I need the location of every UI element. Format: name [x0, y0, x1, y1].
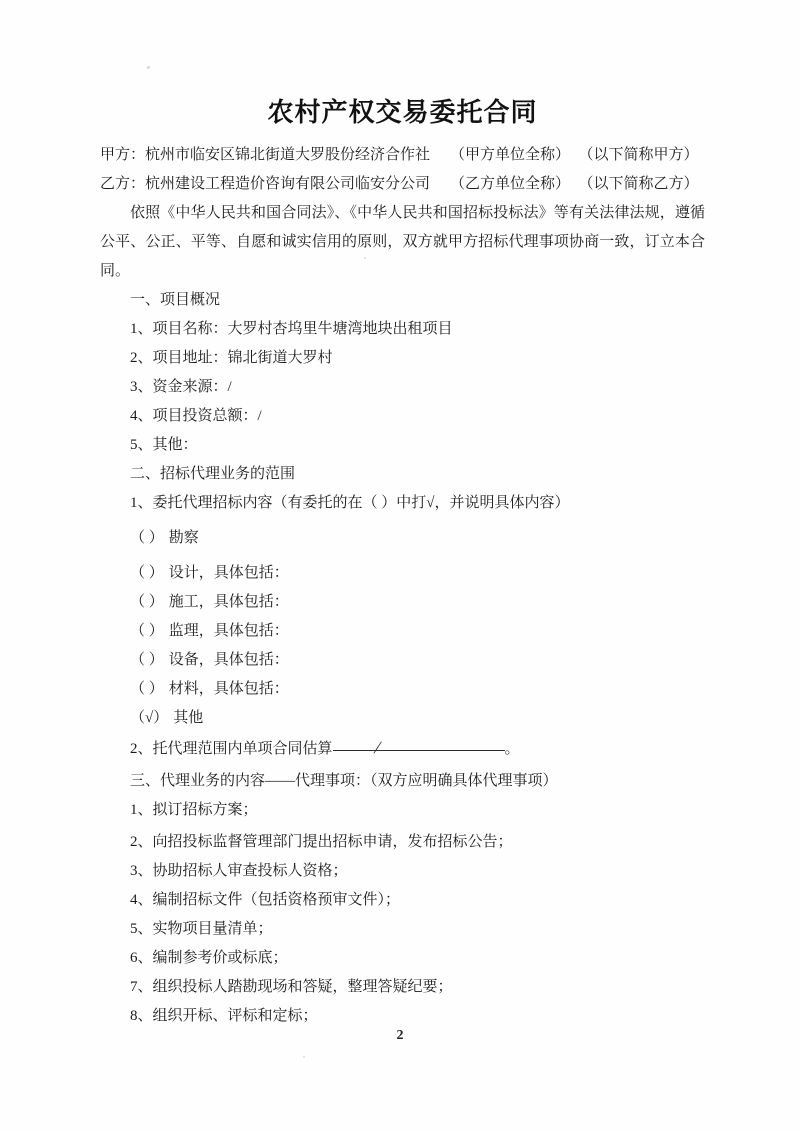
section3-item-4: 4、编制招标文件（包括资格预审文件）； — [100, 886, 705, 915]
checkbox-label: 材料，具体包括： — [169, 681, 289, 697]
page-number: 2 — [0, 1028, 800, 1044]
section1-item-other: 5、其他： — [100, 431, 705, 460]
estimate-line: 2、托代理范围内单项合同估算/。 — [100, 733, 705, 764]
section1-item-funding-source: 3、资金来源：/ — [100, 373, 705, 402]
section1-heading: 一、项目概况 — [100, 286, 705, 315]
party-b-name: 杭州建设工程造价咨询有限公司临安分公司 — [145, 176, 430, 192]
document-content: 农村产权交易委托合同 甲方：杭州市临安区锦北街道大罗股份经济合作社（甲方单位全称… — [100, 95, 705, 1031]
party-b-label: 乙方： — [100, 176, 145, 192]
checkbox-label: 设备，具体包括： — [169, 652, 289, 668]
checkbox-label: 施工，具体包括： — [169, 594, 289, 610]
estimate-prefix: 2、托代理范围内单项合同估算 — [130, 741, 333, 757]
section1-item-project-address: 2、项目地址：锦北街道大罗村 — [100, 344, 705, 373]
checkbox-mark: （ ） — [130, 681, 164, 697]
checkbox-label: 监理，具体包括： — [169, 623, 289, 639]
checkbox-mark: （ ） — [130, 652, 164, 668]
section1-item-total-investment: 4、项目投资总额：/ — [100, 402, 705, 431]
document-page: 农村产权交易委托合同 甲方：杭州市临安区锦北街道大罗股份经济合作社（甲方单位全称… — [0, 0, 800, 1131]
section3-item-2: 2、向招投标监督管理部门提出招标申请，发布招标公告； — [100, 828, 705, 857]
scan-speck — [303, 1056, 305, 1058]
estimate-suffix: 。 — [505, 741, 520, 757]
section3-item-5: 5、实物项目量清单； — [100, 915, 705, 944]
checkbox-row-survey: （ ）勘察 — [100, 524, 705, 553]
checkbox-row-construction: （ ）施工，具体包括： — [100, 588, 705, 617]
section2-heading: 二、招标代理业务的范围 — [100, 460, 705, 489]
section3-item-6: 6、编制参考价或标底； — [100, 944, 705, 973]
page-title: 农村产权交易委托合同 — [100, 95, 705, 131]
scan-speck — [147, 66, 150, 69]
section3-item-7: 7、组织投标人踏勘现场和答疑，整理答疑纪要； — [100, 973, 705, 1002]
checkbox-mark: （ ） — [130, 530, 164, 546]
section3-item-3: 3、协助招标人审查投标人资格； — [100, 857, 705, 886]
checkbox-label: 其他 — [173, 710, 203, 726]
checkbox-label: 勘察 — [169, 530, 199, 546]
checkbox-row-materials: （ ）材料，具体包括： — [100, 675, 705, 704]
contract-preamble: 依照《中华人民共和国合同法》、《中华人民共和国招标投标法》等有关法律法规，遵循公… — [100, 199, 705, 286]
party-b-line: 乙方：杭州建设工程造价咨询有限公司临安分公司（乙方单位全称）（以下简称乙方） — [100, 170, 705, 199]
estimate-value: / — [372, 733, 381, 762]
estimate-blank-field: / — [333, 733, 505, 751]
checkbox-row-equipment: （ ）设备，具体包括： — [100, 646, 705, 675]
section2-item1: 1、委托代理招标内容（有委托的在（ ）中打√，并说明具体内容） — [100, 489, 705, 518]
checkbox-label: 设计，具体包括： — [169, 565, 289, 581]
checkbox-mark: （ ） — [130, 565, 164, 581]
party-a-label: 甲方： — [100, 147, 145, 163]
party-a-short-note: （以下简称甲方） — [586, 147, 699, 163]
checkbox-mark: （ ） — [130, 623, 164, 639]
checkbox-row-supervision: （ ）监理，具体包括： — [100, 617, 705, 646]
checkbox-row-other-checked: （√）其他 — [100, 704, 705, 733]
checkbox-row-design: （ ）设计，具体包括： — [100, 559, 705, 588]
checkbox-mark: （ ） — [130, 594, 164, 610]
section3-item-1: 1、拟订招标方案； — [100, 796, 705, 825]
checkbox-mark-checked: （√） — [130, 710, 168, 726]
party-b-short-note: （以下简称乙方） — [586, 176, 699, 192]
section1-item-project-name: 1、项目名称：大罗村杏坞里牛塘湾地块出租项目 — [100, 315, 705, 344]
party-a-fullname-note: （甲方单位全称） — [450, 147, 570, 163]
party-a-name: 杭州市临安区锦北街道大罗股份经济合作社 — [145, 147, 430, 163]
party-a-line: 甲方：杭州市临安区锦北街道大罗股份经济合作社（甲方单位全称）（以下简称甲方） — [100, 141, 705, 170]
section3-heading: 三、代理业务的内容——代理事项：（双方应明确具体代理事项） — [100, 767, 705, 796]
party-b-fullname-note: （乙方单位全称） — [450, 176, 570, 192]
section3-item-8: 8、组织开标、评标和定标； — [100, 1002, 705, 1031]
